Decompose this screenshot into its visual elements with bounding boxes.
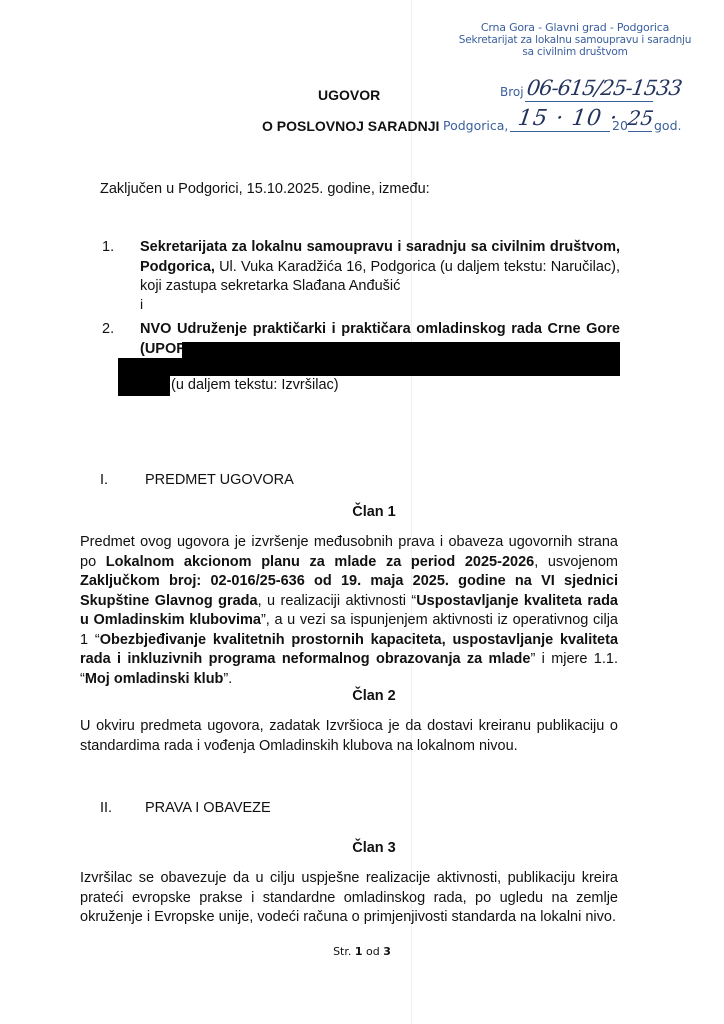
year-underline: [628, 131, 652, 132]
article-3-body: Izvršilac se obavezuje da u cilju uspješ…: [80, 869, 618, 928]
section-title: PREDMET UGOVORA: [145, 472, 294, 488]
party-details: (u daljem tekstu: Izvršilac): [171, 377, 339, 393]
conjunction: i: [140, 296, 143, 312]
party-1: 1. Sekretarijata za lokalnu samoupravu i…: [100, 238, 620, 297]
stamp-broj-label: Broj: [500, 85, 524, 99]
handwritten-year: 25: [626, 106, 655, 130]
redaction-block: [118, 358, 620, 376]
document-subtitle: O POSLOVNOJ SARADNJI: [262, 118, 439, 134]
page-number: Str. 1 od 3: [0, 945, 724, 958]
party-number: 1.: [102, 238, 114, 258]
stamp-line-2: Sekretarijat za lokalnu samoupravu i sar…: [440, 34, 710, 46]
section-number: I.: [100, 472, 108, 488]
article-1-body: Predmet ovog ugovora je izvršenje međuso…: [80, 533, 618, 689]
registry-stamp: Crna Gora - Glavni grad - Podgorica Sekr…: [440, 22, 710, 58]
article-heading: Član 2: [0, 688, 724, 704]
handwritten-date: 15 · 10 ·: [516, 106, 619, 131]
document-page: Crna Gora - Glavni grad - Podgorica Sekr…: [0, 0, 724, 1024]
section-number: II.: [100, 800, 112, 816]
stamp-year-suffix: god.: [654, 118, 682, 133]
section-title: PRAVA I OBAVEZE: [145, 800, 271, 816]
article-heading: Član 3: [0, 840, 724, 856]
stamp-line-1: Crna Gora - Glavni grad - Podgorica: [440, 22, 710, 34]
intro-line: Zaključen u Podgorici, 15.10.2025. godin…: [100, 181, 430, 197]
redaction-block: [118, 376, 170, 396]
document-title: UGOVOR: [318, 87, 380, 103]
handwritten-registry-number: 06-615/25-1533: [525, 76, 683, 100]
party-number: 2.: [102, 320, 114, 340]
stamp-place-label: Podgorica,: [443, 118, 508, 133]
stamp-line-3: sa civilnim društvom: [440, 46, 710, 58]
article-heading: Član 1: [0, 504, 724, 520]
broj-underline: [525, 101, 653, 102]
date-underline: [510, 131, 610, 132]
article-2-body: U okviru predmeta ugovora, zadatak Izvrš…: [80, 717, 618, 756]
stamp-year-prefix: 20: [612, 118, 628, 133]
